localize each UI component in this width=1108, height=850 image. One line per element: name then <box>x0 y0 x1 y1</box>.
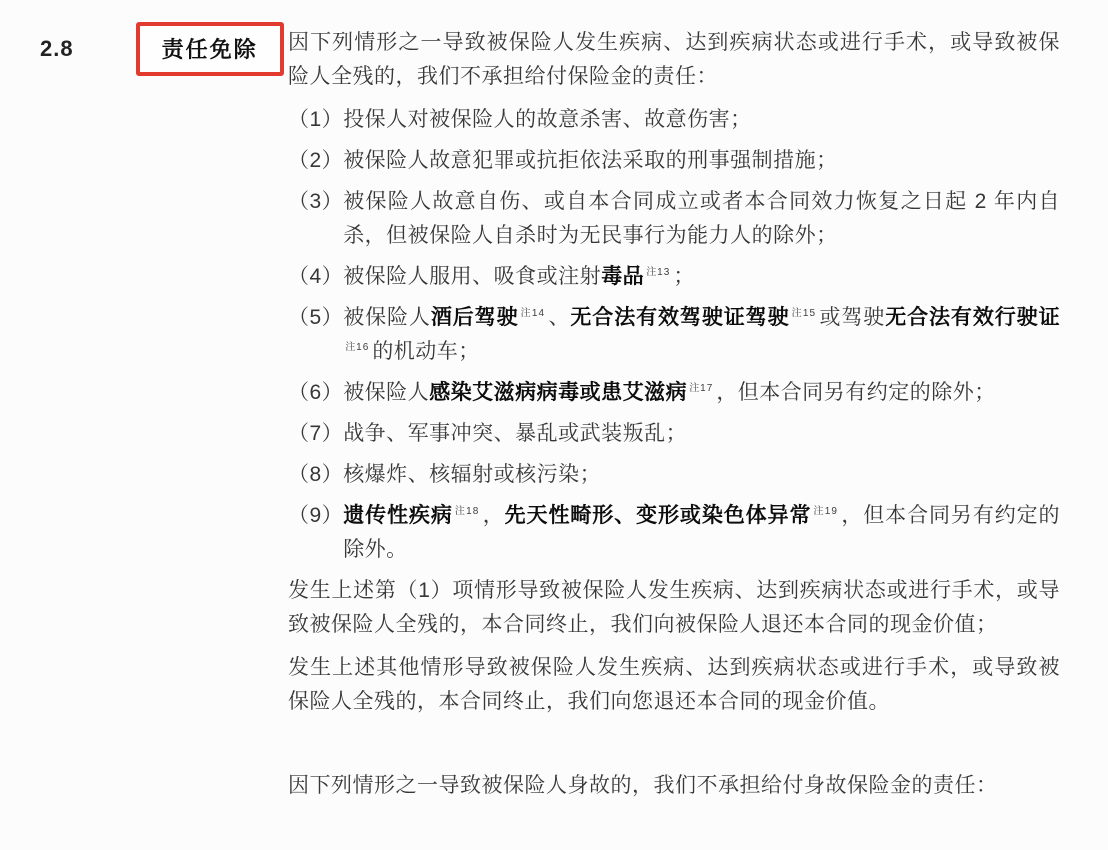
list-item-number: （7） <box>288 417 343 451</box>
section-title: 责任免除 <box>162 37 258 62</box>
document-page: 2.8 责任免除 因下列情形之一导致被保险人发生疾病、达到疾病状态或进行手术，或… <box>0 0 1108 850</box>
plain-text: 、 <box>548 306 570 329</box>
list-item-text: 战争、军事冲突、暴乱或武装叛乱； <box>343 417 1060 451</box>
list-item-text: 被保险人感染艾滋病病毒或患艾滋病注17，但本合同另有约定的除外； <box>343 376 1060 410</box>
note-reference: 注15 <box>791 308 816 319</box>
list-item-text: 遗传性疾病注18，先天性畸形、变形或染色体异常注19，但本合同另有约定的除外。 <box>343 499 1060 567</box>
list-item-number: （6） <box>288 376 343 410</box>
emphasized-term: 无合法有效驾驶证驾驶 <box>570 306 789 329</box>
plain-text: ，但本合同另有约定的除外； <box>716 381 996 404</box>
list-item-number: （4） <box>288 260 343 294</box>
list-item-number: （3） <box>288 185 343 253</box>
list-item-text: 核爆炸、核辐射或核污染； <box>343 458 1060 492</box>
section-number: 2.8 <box>40 36 74 62</box>
list-item-text: 投保人对被保险人的故意杀害、故意伤害； <box>343 103 1060 137</box>
closing-paragraphs: 发生上述第（1）项情形导致被保险人发生疾病、达到疾病状态或进行手术，或导致被保险… <box>288 574 1060 719</box>
plain-text: 战争、军事冲突、暴乱或武装叛乱； <box>343 422 687 445</box>
list-item-text: 被保险人故意自伤、或自本合同成立或者本合同效力恢复之日起 2 年内自杀，但被保险… <box>343 185 1060 253</box>
list-item: （4）被保险人服用、吸食或注射毒品注13； <box>288 260 1060 294</box>
list-item-text: 被保险人酒后驾驶注14、无合法有效驾驶证驾驶注15或驾驶无合法有效行驶证注16的… <box>343 301 1060 369</box>
death-benefit-exclusion-intro: 因下列情形之一导致被保险人身故的，我们不承担给付身故保险金的责任： <box>288 769 1060 803</box>
list-item-number: （2） <box>288 144 343 178</box>
note-reference: 注17 <box>689 383 713 394</box>
list-item: （6）被保险人感染艾滋病病毒或患艾滋病注17，但本合同另有约定的除外； <box>288 376 1060 410</box>
list-item-number: （5） <box>288 301 343 369</box>
emphasized-term: 遗传性疾病 <box>343 504 453 527</box>
exclusion-intro-paragraph: 因下列情形之一导致被保险人发生疾病、达到疾病状态或进行手术，或导致被保险人全残的… <box>288 26 1060 94</box>
plain-text: 或驾驶 <box>819 306 885 329</box>
plain-text: 被保险人服用、吸食或注射 <box>343 265 601 288</box>
list-item: （9）遗传性疾病注18，先天性畸形、变形或染色体异常注19，但本合同另有约定的除… <box>288 499 1060 567</box>
list-item: （8）核爆炸、核辐射或核污染； <box>288 458 1060 492</box>
emphasized-term: 毒品 <box>601 265 644 288</box>
plain-text: 的机动车； <box>372 340 480 363</box>
list-item-number: （8） <box>288 458 343 492</box>
note-reference: 注16 <box>345 342 369 353</box>
plain-text: 被保险人故意犯罪或抗拒依法采取的刑事强制措施； <box>343 149 838 172</box>
plain-text: 投保人对被保险人的故意杀害、故意伤害； <box>343 108 752 131</box>
closing-paragraph: 发生上述其他情形导致被保险人发生疾病、达到疾病状态或进行手术，或导致被保险人全残… <box>288 651 1060 719</box>
plain-text: 核爆炸、核辐射或核污染； <box>343 463 601 486</box>
exclusion-list: （1）投保人对被保险人的故意杀害、故意伤害；（2）被保险人故意犯罪或抗拒依法采取… <box>288 103 1060 567</box>
section-header: 2.8 责任免除 <box>40 22 284 76</box>
closing-paragraph: 发生上述第（1）项情形导致被保险人发生疾病、达到疾病状态或进行手术，或导致被保险… <box>288 574 1060 642</box>
plain-text: ； <box>673 265 695 288</box>
plain-text: 被保险人故意自伤、或自本合同成立或者本合同效力恢复之日起 2 年内自杀，但被保险… <box>343 190 1060 247</box>
list-item: （2）被保险人故意犯罪或抗拒依法采取的刑事强制措施； <box>288 144 1060 178</box>
list-item-number: （9） <box>288 499 343 567</box>
emphasized-term: 先天性畸形、变形或染色体异常 <box>505 504 812 527</box>
clause-body: 因下列情形之一导致被保险人发生疾病、达到疾病状态或进行手术，或导致被保险人全残的… <box>288 26 1060 812</box>
emphasized-term: 感染艾滋病病毒或患艾滋病 <box>429 381 687 404</box>
note-reference: 注18 <box>455 506 480 517</box>
emphasized-term: 无合法有效行驶证 <box>885 306 1060 329</box>
emphasized-term: 酒后驾驶 <box>431 306 519 329</box>
plain-text: 被保险人 <box>343 381 429 404</box>
list-item: （3）被保险人故意自伤、或自本合同成立或者本合同效力恢复之日起 2 年内自杀，但… <box>288 185 1060 253</box>
plain-text: 被保险人 <box>343 306 431 329</box>
list-item-number: （1） <box>288 103 343 137</box>
note-reference: 注14 <box>521 308 546 319</box>
plain-text: ， <box>482 504 504 527</box>
note-reference: 注19 <box>813 506 838 517</box>
list-item: （1）投保人对被保险人的故意杀害、故意伤害； <box>288 103 1060 137</box>
list-item-text: 被保险人服用、吸食或注射毒品注13； <box>343 260 1060 294</box>
list-item-text: 被保险人故意犯罪或抗拒依法采取的刑事强制措施； <box>343 144 1060 178</box>
note-reference: 注13 <box>646 267 670 278</box>
section-title-highlight-box: 责任免除 <box>136 22 284 76</box>
list-item: （5）被保险人酒后驾驶注14、无合法有效驾驶证驾驶注15或驾驶无合法有效行驶证注… <box>288 301 1060 369</box>
list-item: （7）战争、军事冲突、暴乱或武装叛乱； <box>288 417 1060 451</box>
